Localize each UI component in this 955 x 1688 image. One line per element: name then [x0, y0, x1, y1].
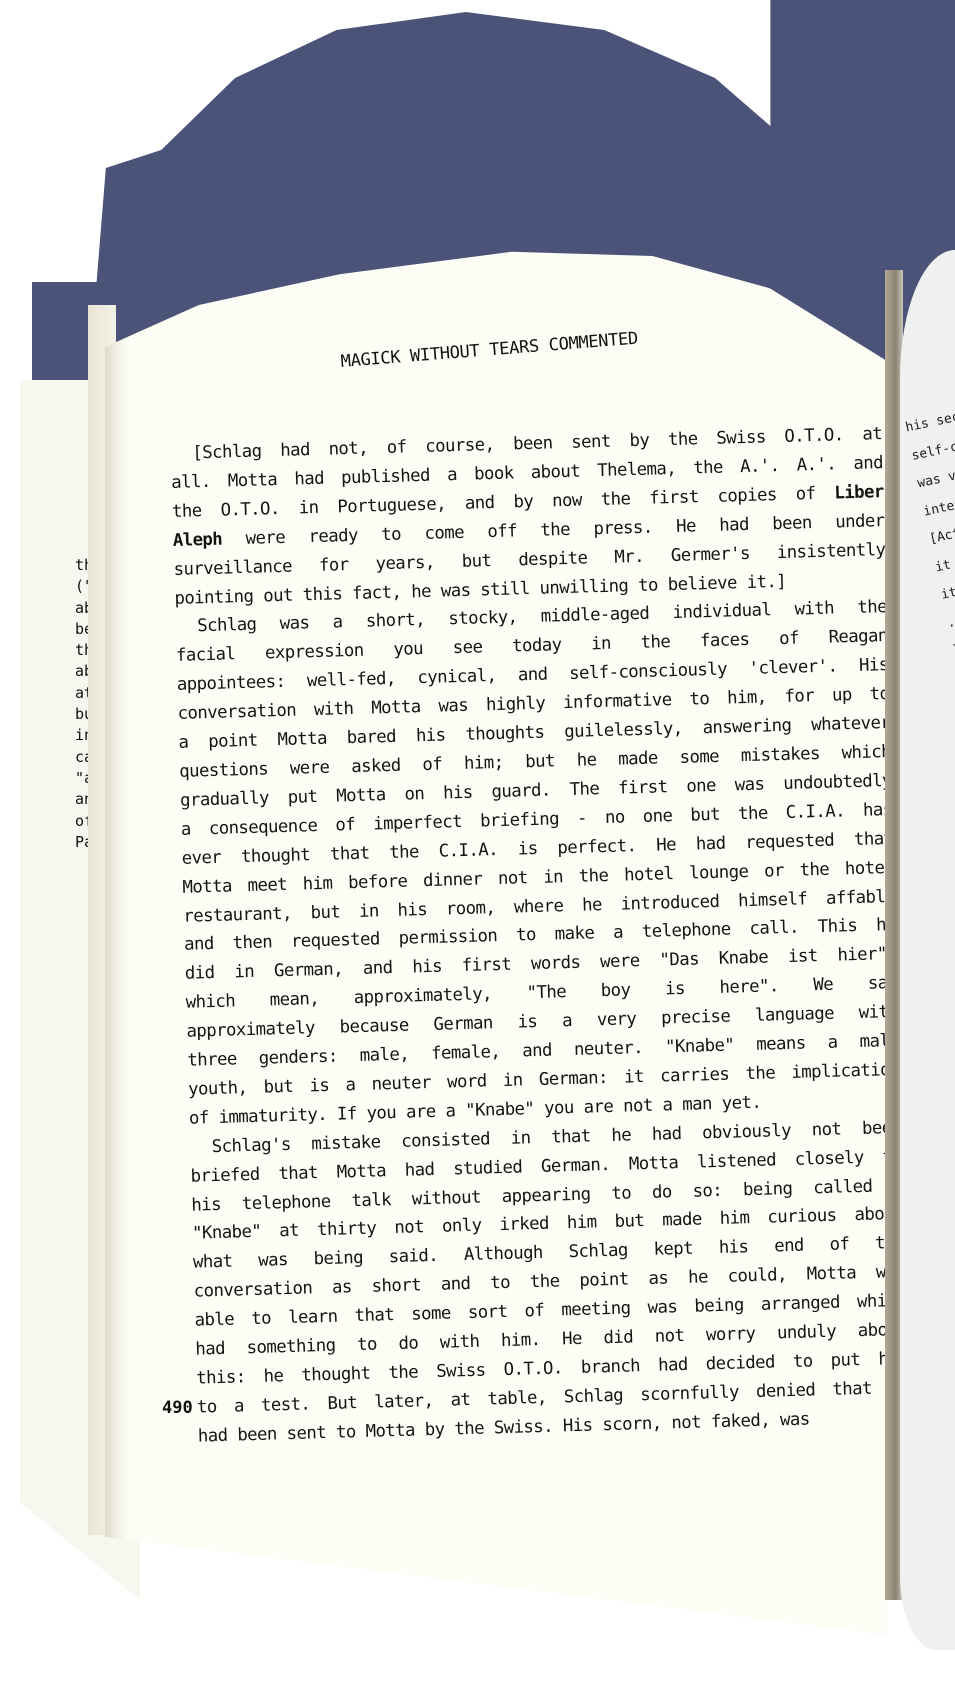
page-number: 490: [162, 1398, 193, 1418]
body-text: [Schlag had not, of course, been sent by…: [170, 420, 910, 1451]
